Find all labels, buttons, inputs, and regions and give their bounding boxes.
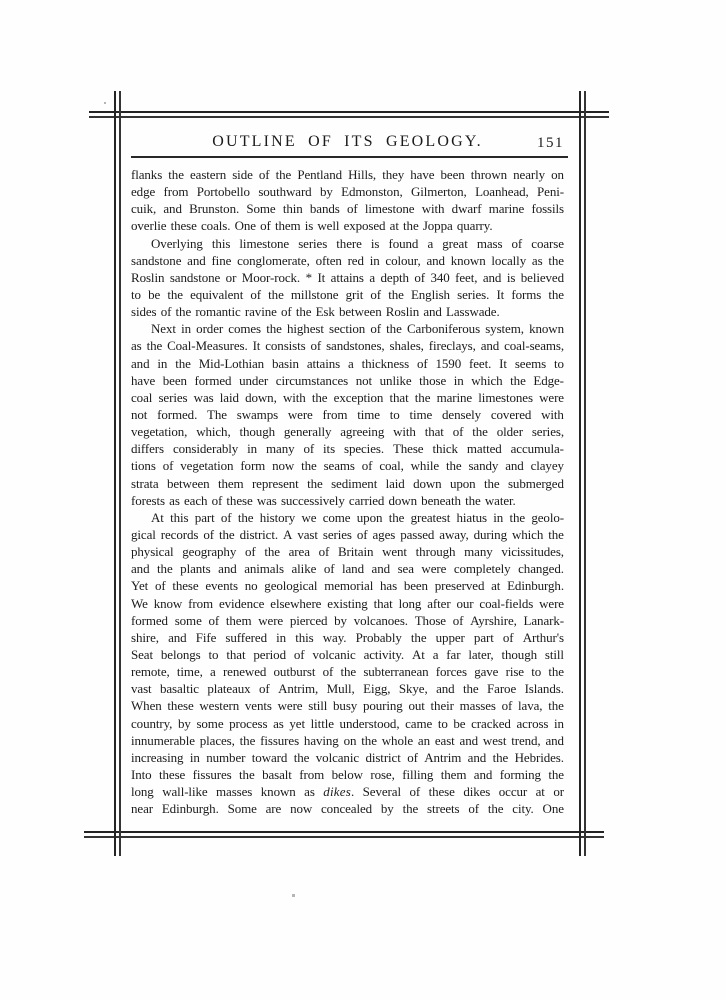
text-line: vastbasalticplateauxofAntrim,Mull,Eigg,S… <box>131 680 564 697</box>
text-line: coalserieswaslaiddown,withtheexceptionth… <box>131 389 564 406</box>
text-line: nearEdinburgh.Somearenowconcealedbythest… <box>131 800 564 817</box>
text-line: vegetation,which,thoughgenerallyagreeing… <box>131 423 564 440</box>
text-line: RoslinsandstoneorMoor-rock.*Itattainsade… <box>131 269 564 286</box>
scan-speck <box>104 102 106 104</box>
frame-top-rule <box>89 111 609 118</box>
text-line: flankstheeasternsideofthePentlandHills,t… <box>131 166 564 183</box>
text-line: astheCoal-Measures.Itconsistsofsandstone… <box>131 337 564 354</box>
text-line: formedsomeofthemwerepiercedbyvolcanoes.T… <box>131 612 564 629</box>
text-line: shire,andFifesufferedinthisway.Probablyt… <box>131 629 564 646</box>
frame-bottom-rule <box>84 831 604 838</box>
text-line: NextinordercomesthehighestsectionoftheCa… <box>131 320 564 337</box>
text-line: notformed.Theswampswerefromtimetotimeden… <box>131 406 564 423</box>
text-line: Atthispartofthehistorywecomeuponthegreat… <box>131 509 564 526</box>
text-line: overliethesecoals.Oneofthemiswellexposed… <box>131 217 564 234</box>
text-line: increasinginnumbertowardthevolcanicdistr… <box>131 749 564 766</box>
book-page: OUTLINE OF ITS GEOLOGY. 151 flankstheeas… <box>0 0 726 1000</box>
frame-right-rule <box>579 91 586 856</box>
text-line: country,bysomeprocessasyetlittleundersto… <box>131 715 564 732</box>
text-line: gicalrecordsofthedistrict.Avastseriesofa… <box>131 526 564 543</box>
text-line: forestsaseachofthesewassuccessivelycarri… <box>131 492 564 509</box>
text-line: Yetoftheseeventsnogeologicalmemorialhasb… <box>131 577 564 594</box>
text-line: tionsofvegetationformnowtheseamsofcoal,w… <box>131 457 564 474</box>
text-line: Whenthesewesternventswerestillbusypourin… <box>131 697 564 714</box>
page-number: 151 <box>131 135 564 152</box>
text-line: havebeenformedundercircumstancesnotunlik… <box>131 372 564 389</box>
text-line: Intothesefissuresthebasaltfrombelowrose,… <box>131 766 564 783</box>
text-line: longwall-likemassesknownasdikes.Severalo… <box>131 783 564 800</box>
frame-left-rule <box>114 91 121 856</box>
text-line: Seatbelongstothatperiodofvolcanicactivit… <box>131 646 564 663</box>
text-line: andintheMid-Lothianbasinattainsathicknes… <box>131 355 564 372</box>
text-line: physicalgeographyoftheareaofBritainwentt… <box>131 543 564 560</box>
text-line: cuik,andBrunston.Somethinbandsoflimeston… <box>131 200 564 217</box>
text-line: remote,time,arenewedoutburstofthesubterr… <box>131 663 564 680</box>
text-line: sidesoftheromanticravineoftheEskbetweenR… <box>131 303 564 320</box>
text-line: Weknowfromevidenceelsewhereexistingthatl… <box>131 595 564 612</box>
text-line: innumerableplaces,thefissureshavingonthe… <box>131 732 564 749</box>
text-line: tobetheequivalentofthemillstonegritofthe… <box>131 286 564 303</box>
text-line: edgefromPortobellosouthwardbyEdmonston,G… <box>131 183 564 200</box>
text-line: Overlyingthislimestoneseriesthereisfound… <box>131 235 564 252</box>
text-line: differsconsiderablyinmanyofitsspecies.Th… <box>131 440 564 457</box>
body-text: flankstheeasternsideofthePentlandHills,t… <box>131 166 564 817</box>
header-rule <box>131 156 568 158</box>
text-line: stratabetweenthemrepresentthesedimentlai… <box>131 475 564 492</box>
text-line: sandstoneandfineconglomerate,oftenredinc… <box>131 252 564 269</box>
text-line: andtheplantsandanimalsalikeoflandandseaw… <box>131 560 564 577</box>
scan-speck <box>292 894 295 897</box>
